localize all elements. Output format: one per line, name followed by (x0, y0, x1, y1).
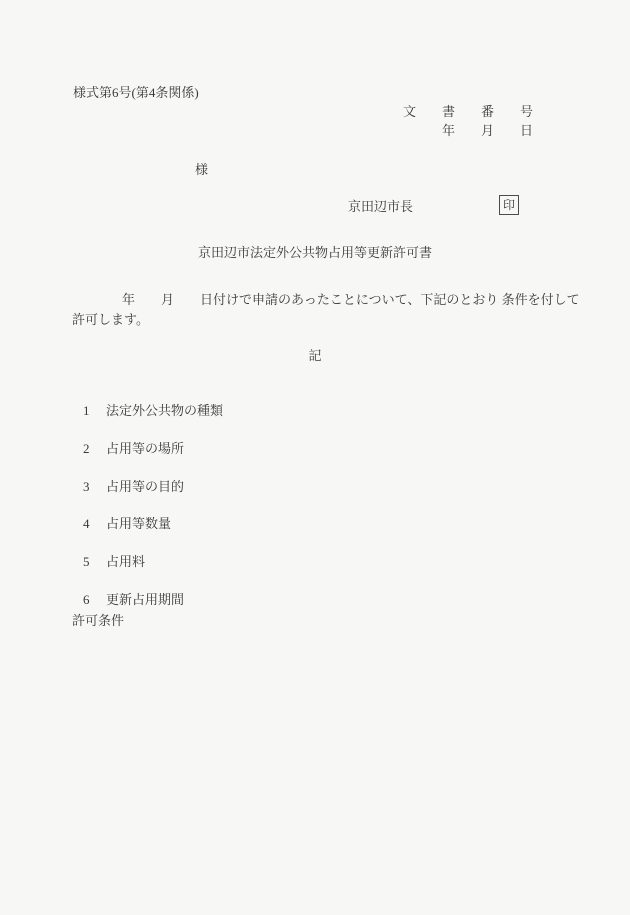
item-number: 3 (83, 479, 106, 494)
addressee-honorific: 様 (195, 162, 208, 177)
permit-conditions-label: 許可条件 (72, 613, 124, 628)
item-number: 4 (83, 516, 106, 531)
seal-mark: 印 (499, 195, 519, 215)
item-number: 5 (83, 554, 106, 569)
document-number-label: 文 書 番 号 (403, 104, 533, 119)
item-number: 6 (83, 592, 106, 607)
item-label: 更新占用期間 (106, 592, 184, 607)
item-label: 法定外公共物の種類 (106, 403, 223, 418)
form-number-label: 様式第6号(第4条関係) (73, 85, 199, 100)
section-marker: 記 (0, 348, 630, 363)
body-text-line-2: 許可します。 (72, 312, 149, 327)
document-page: 様式第6号(第4条関係) 文 書 番 号 年 月 日 様 京田辺市長 印 京田辺… (0, 0, 630, 915)
item-label: 占用等の場所 (106, 441, 184, 456)
item-label: 占用料 (106, 554, 145, 569)
item-number: 1 (83, 403, 106, 418)
mayor-title: 京田辺市長 (348, 199, 413, 214)
body-text-line-1: 年 月 日付けで申請のあったことについて、下記のとおり 条件を付して (122, 292, 580, 307)
item-number: 2 (83, 441, 106, 456)
date-line: 年 月 日 (442, 123, 533, 138)
document-title: 京田辺市法定外公共物占用等更新許可書 (0, 245, 630, 260)
item-label: 占用等の目的 (106, 479, 184, 494)
item-label: 占用等数量 (106, 516, 171, 531)
